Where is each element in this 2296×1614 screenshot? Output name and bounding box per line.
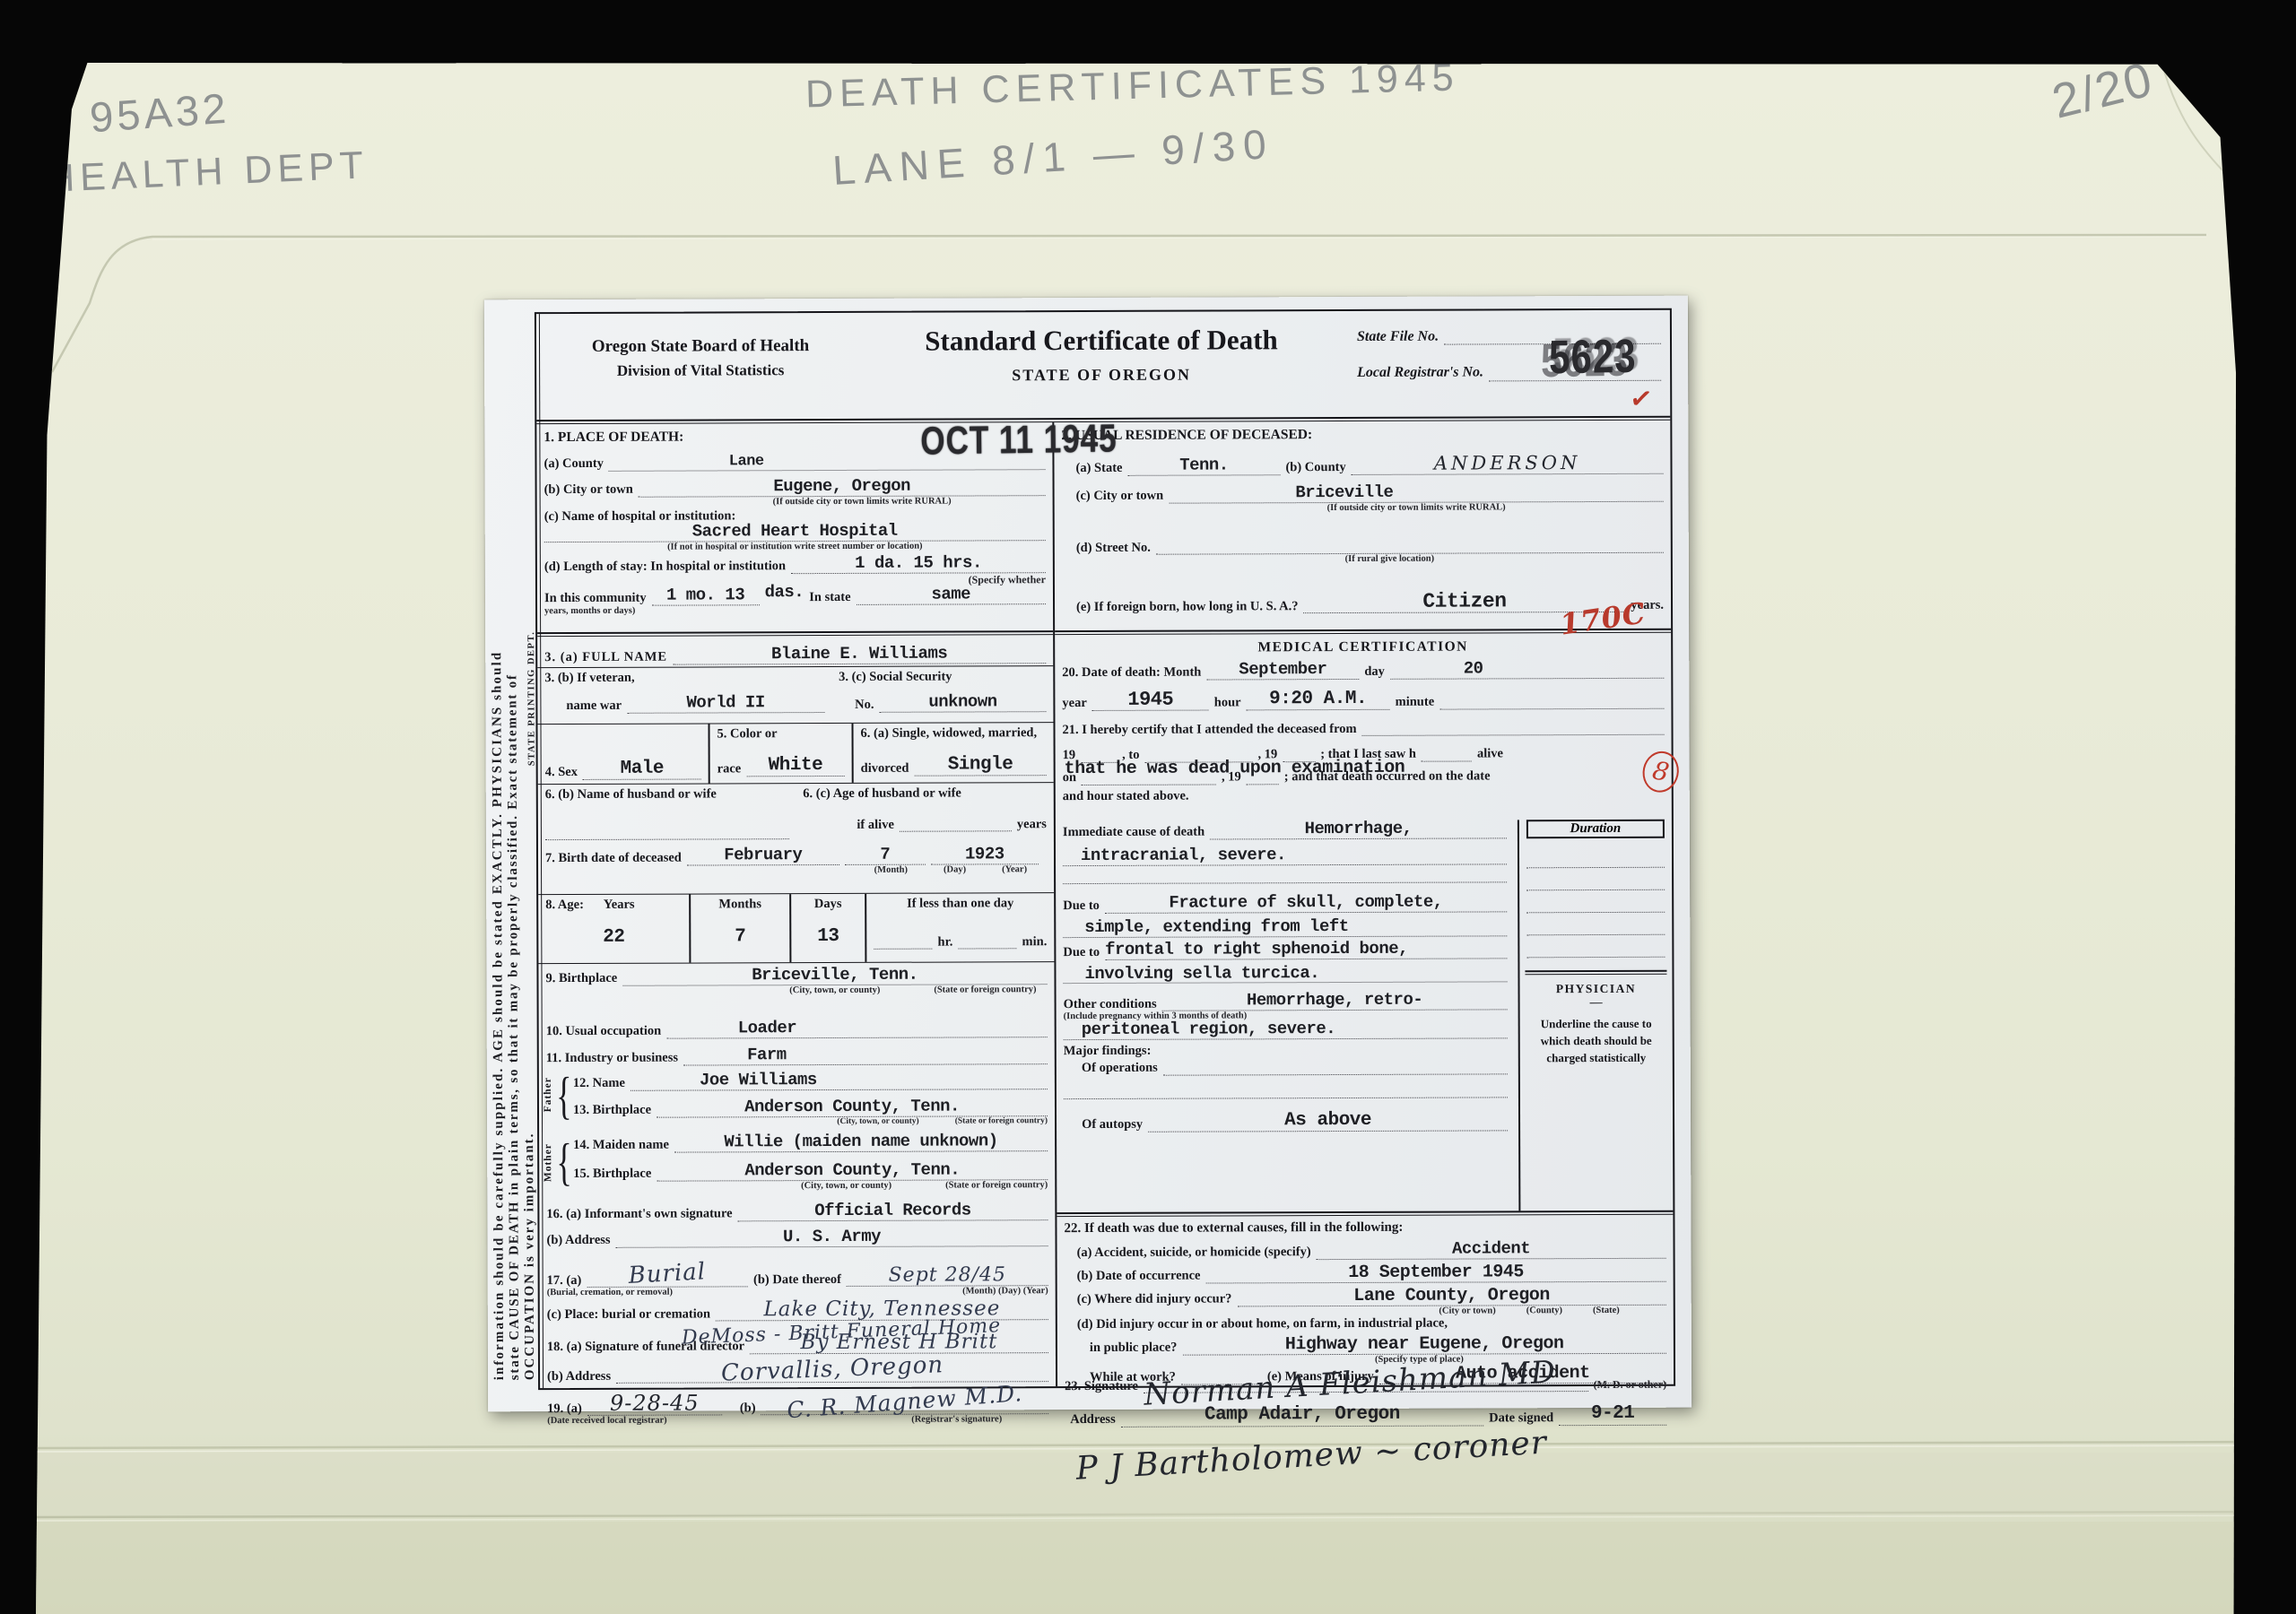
s1c-sub: (If not in hospital or institution write… xyxy=(667,542,923,552)
s2e-value: Citizen xyxy=(1422,590,1506,613)
section-age-table: 8. Age: Years 22 Months 7 Days 13 xyxy=(538,893,1054,963)
s19b-label: (b) xyxy=(740,1401,756,1416)
s18b-value: Corvallis, Oregon xyxy=(721,1353,944,1386)
s16b-label: (b) Address xyxy=(546,1233,610,1248)
margin-note-line3: OCCUPATION is very important. xyxy=(522,1132,538,1381)
s15-sub-city: (City, town, or county) xyxy=(801,1181,891,1193)
s2c-label: (c) City or town xyxy=(1076,489,1164,504)
s9-sub-city: (City, town, or county) xyxy=(789,985,880,995)
s1b-value: Eugene, Oregon xyxy=(773,475,910,496)
section-registrar: 19. (a) 9-28-45 (b) C. R. Magnew M.D. (D… xyxy=(540,1390,1056,1438)
cause-blank-line2 xyxy=(1064,1094,1508,1099)
s21-l2e: alive xyxy=(1477,747,1503,762)
s8-min-line xyxy=(958,946,1016,950)
s20-minute-label: minute xyxy=(1396,695,1435,710)
s1e-sub: years, months or days) xyxy=(544,606,635,616)
s15-sub-state: (State or foreign country) xyxy=(945,1180,1048,1193)
s6c-line xyxy=(900,829,1012,832)
s2c-value: Briceville xyxy=(1295,482,1393,501)
physician-label: PHYSICIAN xyxy=(1526,982,1667,997)
cause-due-label2: Due to xyxy=(1063,945,1100,960)
s22a-label: (a) Accident, suicide, or homicide (spec… xyxy=(1077,1245,1311,1261)
father-rotated-label: Father xyxy=(543,1077,553,1112)
section-parents: Father { Mother { 12. Name Joe Williams … xyxy=(539,1064,1055,1194)
s3b-label2: name war xyxy=(566,699,622,714)
s22b-label: (b) Date of occurrence xyxy=(1077,1269,1201,1284)
s16a-label: 16. (a) Informant's own signature xyxy=(546,1207,732,1222)
s20-month: September xyxy=(1239,659,1326,679)
s1-heading: 1. PLACE OF DEATH: xyxy=(544,430,683,446)
s1d-sub: (Specify whether xyxy=(969,573,1046,586)
section-veteran-ssn: 3. (b) If veteran, name war World II 3. … xyxy=(537,666,1053,724)
s5-value: White xyxy=(769,755,823,776)
certificate-subtitle: STATE OF OREGON xyxy=(850,365,1352,386)
s20-hour: 9:20 A.M. xyxy=(1269,689,1367,709)
form-header: Oregon State Board of Health Division of… xyxy=(536,310,1670,420)
s13-value: Anderson County, Tenn. xyxy=(744,1097,960,1117)
date-received-stamp: OCT 11 1945 xyxy=(920,417,1118,464)
cause-imm1: Hemorrhage, xyxy=(1305,819,1413,838)
s6b-line xyxy=(545,836,789,840)
s19a-label: 19. (a) xyxy=(547,1401,582,1417)
duration-box: Duration xyxy=(1526,820,1665,839)
s6a-label1: 6. (a) Single, widowed, married, xyxy=(861,725,1038,741)
s12-row: 12. Name Joe Williams xyxy=(566,1064,1055,1091)
coroner-signature: P J Bartholomew ~ coroner xyxy=(1075,1424,1548,1487)
s3b-label1: 3. (b) If veteran, xyxy=(544,671,634,686)
folder-dept: HEALTH DEPT xyxy=(46,143,370,202)
mother-rotated-label: Mother xyxy=(543,1143,553,1182)
duration-physician-rail: Duration PHYSICIAN — Underline the cause… xyxy=(1518,820,1674,1211)
s23-date-value: 9-21 xyxy=(1591,1403,1635,1424)
cause-other1: Hemorrhage, retro- xyxy=(1247,990,1422,1011)
s9-label: 9. Birthplace xyxy=(545,971,617,986)
s22c-sub1: (City or town) xyxy=(1439,1306,1495,1315)
s11-value: Farm xyxy=(747,1045,787,1064)
s8-years-value: 22 xyxy=(538,926,689,948)
s19a-value: 9-28-45 xyxy=(610,1391,700,1416)
s8-min-label: min. xyxy=(1022,934,1048,950)
s7-sub-day: (Day) xyxy=(944,864,966,874)
s22c-sub3: (State) xyxy=(1593,1306,1620,1315)
cause-immediate-label: Immediate cause of death xyxy=(1063,825,1205,840)
rail-divider-rule xyxy=(1525,970,1666,976)
margin-note-line2: state CAUSE OF DEATH in plain terms, so … xyxy=(505,673,523,1380)
s3a-value: Blaine E. Williams xyxy=(771,644,947,664)
s22c-sub2: (County) xyxy=(1526,1306,1562,1315)
folder-range: LANE 8/1 — 9/30 xyxy=(831,119,1275,195)
s23-date-label: Date signed xyxy=(1489,1410,1553,1426)
cause-due4: involving sella turcica. xyxy=(1084,963,1319,984)
section-birth-date: 7. Birth date of deceased February 7 192… xyxy=(538,846,1054,894)
certificate-form: Oregon State Board of Health Division of… xyxy=(535,308,1675,1390)
s8-label: 8. Age: xyxy=(545,898,584,913)
section-spouse: 6. (b) Name of husband or wife 6. (c) Ag… xyxy=(538,783,1054,842)
physician-note: Underline the cause to which death shoul… xyxy=(1526,1016,1667,1067)
s14-label: 14. Maiden name xyxy=(573,1138,669,1153)
s22b-value: 18 September 1945 xyxy=(1348,1262,1524,1283)
s6c-years: years xyxy=(1017,817,1047,832)
s8-hr-label: hr. xyxy=(938,934,953,950)
s9-value: Briceville, Tenn. xyxy=(752,965,918,985)
section-occupation: 10. Usual occupation Loader xyxy=(539,1011,1055,1039)
cause-blank-line xyxy=(1063,879,1507,884)
s22c-label: (c) Where did injury occur? xyxy=(1077,1292,1232,1307)
s10-label: 10. Usual occupation xyxy=(546,1024,662,1039)
s22a-value: Accident xyxy=(1452,1238,1530,1258)
s19b-sub: (Registrar's signature) xyxy=(911,1415,1002,1425)
s20-year-label: year xyxy=(1062,696,1086,711)
duration-line xyxy=(1526,846,1665,869)
s1b-sub: (If outside city or town limits write RU… xyxy=(773,496,952,507)
s5-label1: 5. Color or xyxy=(717,726,778,742)
s1d-label: (d) Length of stay: In hospital or insti… xyxy=(544,560,786,576)
duration-line xyxy=(1526,868,1665,891)
s20-day: 20 xyxy=(1464,658,1483,678)
s17a-sub: (Burial, cremation, or removal) xyxy=(547,1288,673,1297)
s5-label2: race xyxy=(717,761,742,777)
s21-line4: and hour stated above. xyxy=(1063,788,1189,803)
s1e-value2: same xyxy=(931,585,970,604)
s13-sub-city: (City, town, or county) xyxy=(837,1117,918,1129)
s1e-label: In this community xyxy=(544,591,647,606)
physician-dash: — xyxy=(1526,996,1667,1011)
s17a-value: Burial xyxy=(628,1260,707,1289)
s2b-label: (b) County xyxy=(1285,460,1345,475)
folder-page-number: 2/20 xyxy=(2047,51,2159,130)
s2d-label: (d) Street No. xyxy=(1076,540,1151,555)
cause-findings-label: Major findings: xyxy=(1064,1044,1152,1059)
s22d-value: Highway near Eugene, Oregon xyxy=(1285,1333,1564,1355)
s21-typed-overlay: that he was dead upon examination xyxy=(1065,758,1405,779)
s2d-sub: (If rural give location) xyxy=(1345,554,1434,564)
s7-sub-month: (Month) xyxy=(874,865,908,875)
left-column: 1. PLACE OF DEATH: (a) County Lane (b) C… xyxy=(536,422,1057,1388)
s15-row: 15. Birthplace Anderson County, Tenn. xyxy=(566,1151,1055,1182)
s8-col-lessday: If less than one day xyxy=(866,896,1054,911)
issuer-line2: Division of Vital Statistics xyxy=(552,361,848,380)
s13-sub-state: (State or foreign country) xyxy=(955,1116,1048,1128)
s20-year: 1945 xyxy=(1127,688,1173,710)
section-informant: 16. (a) Informant's own signature Offici… xyxy=(539,1202,1055,1263)
state-file-no-label: State File No. xyxy=(1357,329,1439,346)
s4-label: 4. Sex xyxy=(545,765,578,780)
medical-certification-heading: MEDICAL CERTIFICATION xyxy=(1055,638,1671,656)
s8-months-value: 7 xyxy=(691,926,789,947)
section-certification-statement: 21. I hereby certify that I attended the… xyxy=(1055,721,1671,820)
s15-value: Anderson County, Tenn. xyxy=(744,1160,960,1181)
s22d-label1: (d) Did injury occur in or about home, o… xyxy=(1077,1316,1448,1332)
s2a-label: (a) State xyxy=(1075,461,1122,476)
cause-autopsy-value: As above xyxy=(1284,1110,1371,1131)
s12-label: 12. Name xyxy=(573,1076,625,1091)
s13-row: 13. Birthplace Anderson County, Tenn. xyxy=(566,1089,1055,1118)
s20-minute-line xyxy=(1439,706,1664,710)
s16a-value: Official Records xyxy=(814,1200,971,1220)
cause-other2: peritoneal region, severe. xyxy=(1082,1019,1336,1039)
s22d-label2: in public place? xyxy=(1090,1341,1178,1356)
s7-year: 1923 xyxy=(965,844,1004,863)
s8-days-value: 13 xyxy=(791,926,865,947)
local-registrar-no-label: Local Registrar's No. xyxy=(1357,365,1483,382)
s15-label: 15. Birthplace xyxy=(573,1167,651,1182)
s1e-label2: In state xyxy=(809,590,850,605)
registrar-number-stamp: 5623 xyxy=(1548,329,1636,384)
s1a-value: Lane xyxy=(729,453,764,470)
s6b-label: 6. (b) Name of husband or wife xyxy=(545,786,717,802)
s8-col-years: Years xyxy=(604,898,635,913)
s1b-label: (b) City or town xyxy=(544,482,633,498)
s17b-label: (b) Date thereof xyxy=(753,1272,841,1288)
section-cause-of-death: Duration PHYSICIAN — Underline the cause… xyxy=(1056,820,1674,1212)
s1e-value: 1 mo. 13 xyxy=(666,586,744,605)
cause-due1: Fracture of skull, complete, xyxy=(1169,891,1442,912)
s8-col-days: Days xyxy=(791,897,865,912)
s3a-label: 3. (a) FULL NAME xyxy=(544,650,667,665)
s3b-value: World II xyxy=(686,692,764,712)
s4-value: Male xyxy=(621,759,665,779)
duration-line xyxy=(1526,890,1665,914)
s2a-value: Tenn. xyxy=(1179,455,1229,474)
section-usual-residence: 2. USUAL RESIDENCE OF DECEASED: (a) Stat… xyxy=(1054,421,1671,630)
s6a-value: Single xyxy=(948,754,1013,775)
cause-due-label1: Due to xyxy=(1063,898,1100,914)
s2c-sub: (If outside city or town limits write RU… xyxy=(1327,502,1506,513)
s6c-label: 6. (c) Age of husband or wife xyxy=(803,785,961,801)
s13-label: 13. Birthplace xyxy=(573,1103,651,1118)
s19a-sub: (Date received local registrar) xyxy=(547,1416,666,1426)
s1e-das: das. xyxy=(765,582,804,602)
s17c-label: (c) Place: burial or cremation xyxy=(547,1306,710,1322)
section-full-name: 3. (a) FULL NAME Blaine E. Williams xyxy=(537,635,1053,667)
s20-label: 20. Date of death: Month xyxy=(1062,665,1201,681)
s3c-label1: 3. (c) Social Security xyxy=(839,670,952,685)
s20-day-label: day xyxy=(1364,664,1385,680)
s14-row: 14. Maiden name Willie (maiden name unkn… xyxy=(566,1128,1055,1153)
s17b-sub: (Month) (Day) (Year) xyxy=(962,1286,1048,1296)
section-industry: 11. Industry or business Farm xyxy=(539,1037,1055,1066)
s14-value: Willie (maiden name unknown) xyxy=(724,1131,997,1151)
s1d-value: 1 da. 15 hrs. xyxy=(855,553,982,573)
cause-imm2: intracranial, severe. xyxy=(1081,845,1286,865)
s11-label: 11. Industry or business xyxy=(546,1051,678,1066)
issuer-line1: Oregon State Board of Health xyxy=(552,336,848,357)
s9-sub-state: (State or foreign country) xyxy=(934,985,1036,994)
father-brace: { xyxy=(556,1070,571,1122)
s18b-label: (b) Address xyxy=(547,1369,611,1384)
s8-col-months: Months xyxy=(691,897,789,912)
right-column: 2. USUAL RESIDENCE OF DECEASED: (a) Stat… xyxy=(1054,421,1674,1386)
cause-operations-label: Of operations xyxy=(1082,1061,1158,1076)
section-date-of-death: 20. Date of death: Month September day 2… xyxy=(1055,660,1671,719)
duration-line xyxy=(1526,935,1665,959)
duration-line xyxy=(1526,913,1665,936)
cause-due3: frontal to right sphenoid bone, xyxy=(1105,938,1408,959)
s7-month: February xyxy=(724,845,802,864)
s7-sub-year: (Year) xyxy=(1002,864,1027,874)
s21-line1-fill xyxy=(1362,732,1665,736)
s17a-label: 17. (a) xyxy=(547,1273,582,1289)
s2b-value: Anderson xyxy=(1434,452,1581,474)
s22c-value: Lane County, Oregon xyxy=(1353,1285,1550,1306)
s20-hour-label: hour xyxy=(1214,696,1241,711)
cause-autopsy-label: Of autopsy xyxy=(1082,1117,1143,1132)
s23-addr-label: Address xyxy=(1070,1412,1116,1427)
death-certificate: information should be carefully supplied… xyxy=(484,296,1692,1412)
s3c-label2: No. xyxy=(855,698,874,713)
s6c-ifalive: if alive xyxy=(857,817,894,832)
folder-code: 95A32 xyxy=(88,83,230,143)
section-external-causes: 22. If death was due to external causes,… xyxy=(1057,1219,1674,1372)
red-checkmark: ✓ xyxy=(1628,382,1655,416)
cause-due2: simple, extending from left xyxy=(1084,916,1348,937)
section-physician-signature: 23. Signature (M. D. or other) Norman A … xyxy=(1057,1377,1674,1487)
s10-value: Loader xyxy=(738,1018,796,1037)
mother-brace: { xyxy=(556,1136,571,1188)
s1a-label: (a) County xyxy=(544,456,604,472)
s17b-value: Sept 28/45 xyxy=(889,1264,1007,1287)
folder-title: DEATH CERTIFICATES 1945 xyxy=(804,56,1460,117)
s6a-label2: divorced xyxy=(861,761,909,777)
s7-day: 7 xyxy=(880,845,890,864)
section-birthplace: 9. Birthplace Briceville, Tenn. (City, t… xyxy=(538,966,1054,1012)
s3c-value: unknown xyxy=(928,691,996,711)
section-burial: 17. (a) Burial (b) Date thereof Sept 28/… xyxy=(540,1261,1056,1338)
s2e-label: (e) If foreign born, how long in U. S. A… xyxy=(1076,599,1299,615)
cause-operations-line xyxy=(1163,1071,1508,1075)
s8-hr-line xyxy=(874,946,932,950)
s23-label: 23. Signature xyxy=(1065,1379,1138,1394)
certificate-title: Standard Certificate of Death xyxy=(850,324,1352,358)
s21-line1: 21. I hereby certify that I attended the… xyxy=(1062,722,1356,738)
s22-heading: 22. If death was due to external causes,… xyxy=(1064,1220,1403,1237)
s12-value: Joe Williams xyxy=(700,1070,817,1089)
s7-label: 7. Birth date of deceased xyxy=(545,851,682,866)
section-sex-race-marital: 4. Sex Male 5. Color or race White 6. (a… xyxy=(537,723,1053,784)
cause-other-label: Other conditions xyxy=(1064,996,1157,1011)
s1c-value: Sacred Heart Hospital xyxy=(692,521,898,542)
s16b-value: U. S. Army xyxy=(783,1227,881,1246)
s23-sub: (M. D. or other) xyxy=(1594,1378,1666,1392)
